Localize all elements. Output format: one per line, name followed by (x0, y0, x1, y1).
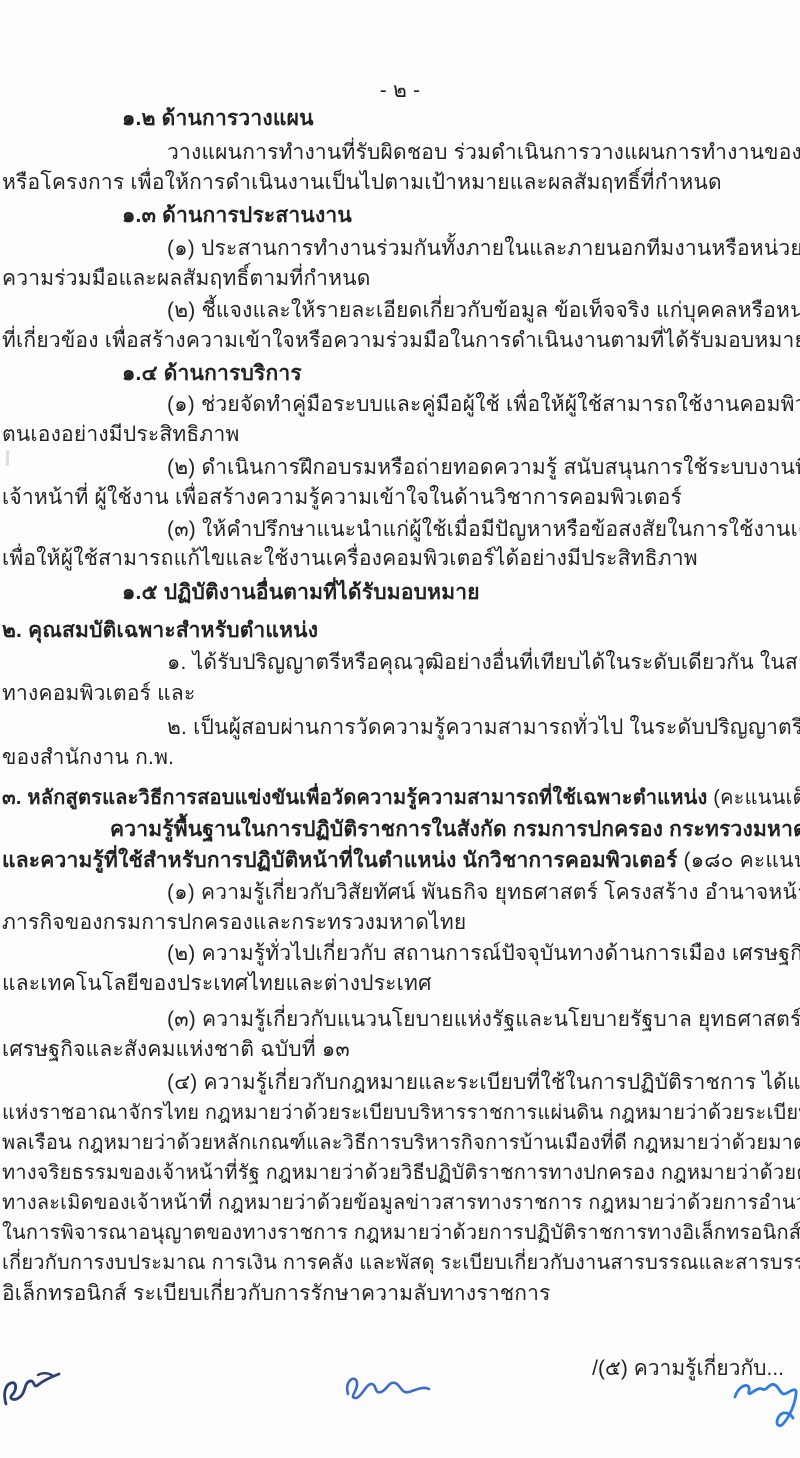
text-segment-bold: ความรู้พื้นฐานในการปฏิบัติราชการในสังกัด… (110, 818, 800, 841)
text-segment: (๓) ให้คำปรึกษาแนะนำแก่ผู้ใช้เมื่อมีปัญห… (167, 518, 800, 541)
text-segment: (๒) ความรู้ทั่วไปเกี่ยวกับ สถานการณ์ปัจจ… (167, 942, 800, 965)
text-segment: ๒. เป็นผู้สอบผ่านการวัดความรู้ความสามารถ… (167, 716, 800, 739)
text-segment: อิเล็กทรอนิกส์ ระเบียบเกี่ยวกับการรักษาค… (2, 1282, 551, 1305)
text-line: ความรู้พื้นฐานในการปฏิบัติราชการในสังกัด… (110, 817, 800, 843)
text-segment: ความร่วมมือและผลสัมฤทธิ์ตามที่กำหนด (2, 267, 371, 290)
text-segment: (คะแนนเต็ม ๒๐๐ คะแนน) (713, 787, 800, 809)
text-line: ของสำนักงาน ก.พ. (2, 745, 174, 771)
text-line: ความร่วมมือและผลสัมฤทธิ์ตามที่กำหนด (2, 266, 371, 292)
text-segment: (๑) ช่วยจัดทำคู่มือระบบและคู่มือผู้ใช้ เ… (167, 393, 800, 416)
text-segment-bold: ๓. หลักสูตรและวิธีการสอบแข่งขันเพื่อวัดค… (2, 787, 713, 809)
text-line: หรือโครงการ เพื่อให้การดำเนินงานเป็นไปตา… (2, 170, 722, 196)
text-segment: เศรษฐกิจและสังคมแห่งชาติ ฉบับที่ ๑๓ (2, 1038, 350, 1061)
text-segment: (๒) ชี้แจงและให้รายละเอียดเกี่ยวกับข้อมู… (167, 299, 800, 322)
text-line: (๔) ความรู้เกี่ยวกับกฎหมายและระเบียบที่ใ… (167, 1070, 800, 1096)
text-segment: หรือโครงการ เพื่อให้การดำเนินงานเป็นไปตา… (2, 171, 722, 194)
text-segment-bold: ๑.๔ ด้านการบริการ (122, 362, 302, 385)
text-segment: ที่เกี่ยวข้อง เพื่อสร้างความเข้าใจหรือคว… (2, 329, 800, 352)
text-segment: - ๒ - (380, 79, 421, 102)
text-line: ๒. คุณสมบัติเฉพาะสำหรับตำแหน่ง (2, 618, 318, 644)
text-line: เพื่อให้ผู้ใช้สามารถแก้ไขและใช้งานเครื่อ… (2, 546, 698, 572)
text-segment: ๑. ได้รับปริญญาตรีหรือคุณวุฒิอย่างอื่นที… (167, 651, 800, 674)
text-segment: แห่งราชอาณาจักรไทย กฎหมายว่าด้วยระเบียบบ… (2, 1102, 800, 1124)
text-line: เศรษฐกิจและสังคมแห่งชาติ ฉบับที่ ๑๓ (2, 1037, 350, 1063)
text-segment: (๑) ประสานการทำงานร่วมกันทั้งภายในและภาย… (167, 237, 800, 260)
text-segment: ทางคอมพิวเตอร์ และ (2, 682, 195, 705)
signature-center-ink (340, 1370, 432, 1404)
text-line: (๓) ความรู้เกี่ยวกับแนวนโยบายแห่งรัฐและน… (167, 1007, 800, 1033)
scanned-document-page: - ๒ -๑.๒ ด้านการวางแผนวางแผนการทำงานที่ร… (0, 0, 800, 1458)
text-segment: วางแผนการทำงานที่รับผิดชอบ ร่วมดำเนินการ… (167, 141, 800, 164)
text-line: พลเรือน กฎหมายว่าด้วยหลักเกณฑ์และวิธีการ… (2, 1131, 800, 1156)
text-line: (๒) ชี้แจงและให้รายละเอียดเกี่ยวกับข้อมู… (167, 298, 800, 324)
text-line: ๓. หลักสูตรและวิธีการสอบแข่งขันเพื่อวัดค… (2, 786, 800, 811)
text-segment-bold: ๑.๕ ปฏิบัติงานอื่นตามที่ได้รับมอบหมาย (122, 581, 480, 604)
text-segment-bold: ๒. คุณสมบัติเฉพาะสำหรับตำแหน่ง (2, 619, 318, 642)
signature-right-ink (730, 1374, 800, 1434)
text-line: ภารกิจของกรมการปกครองและกระทรวงมหาดไทย (2, 910, 466, 936)
text-line: - ๒ - (0, 78, 800, 104)
text-line: ตนเองอย่างมีประสิทธิภาพ (2, 422, 240, 448)
text-line: ทางละเมิดของเจ้าหน้าที่ กฎหมายว่าด้วยข้อ… (2, 1191, 800, 1216)
text-segment: ภารกิจของกรมการปกครองและกระทรวงมหาดไทย (2, 911, 466, 934)
text-segment-bold: ๑.๒ ด้านการวางแผน (122, 107, 314, 130)
text-segment: (๑๘๐ คะแนน) (684, 849, 800, 872)
text-segment-bold: ๑.๓ ด้านการประสานงาน (122, 204, 352, 227)
text-segment: และเทคโนโลยีของประเทศไทยและต่างประเทศ (2, 972, 432, 995)
text-segment: เกี่ยวกับการงบประมาณ การเงิน การคลัง และ… (2, 1252, 800, 1274)
text-line: ทางคอมพิวเตอร์ และ (2, 681, 195, 707)
text-line: ๑.๔ ด้านการบริการ (122, 361, 302, 387)
text-line: ในการพิจารณาอนุญาตของทางราชการ กฎหมายว่า… (2, 1221, 800, 1246)
text-line: เกี่ยวกับการงบประมาณ การเงิน การคลัง และ… (2, 1251, 800, 1276)
text-line: ๑. ได้รับปริญญาตรีหรือคุณวุฒิอย่างอื่นที… (167, 650, 800, 676)
text-line: (๓) ให้คำปรึกษาแนะนำแก่ผู้ใช้เมื่อมีปัญห… (167, 517, 800, 543)
text-line: วางแผนการทำงานที่รับผิดชอบ ร่วมดำเนินการ… (167, 140, 800, 166)
text-segment: (๔) ความรู้เกี่ยวกับกฎหมายและระเบียบที่ใ… (167, 1071, 800, 1094)
scan-artifact (6, 450, 10, 466)
text-line: ที่เกี่ยวข้อง เพื่อสร้างความเข้าใจหรือคว… (2, 328, 800, 354)
text-line: (๑) ความรู้เกี่ยวกับวิสัยทัศน์ พันธกิจ ย… (167, 880, 800, 906)
text-line: และความรู้ที่ใช้สำหรับการปฏิบัติหน้าที่ใ… (2, 848, 800, 874)
text-segment: ทางละเมิดของเจ้าหน้าที่ กฎหมายว่าด้วยข้อ… (2, 1192, 800, 1214)
text-line: อิเล็กทรอนิกส์ ระเบียบเกี่ยวกับการรักษาค… (2, 1281, 551, 1307)
text-line: เจ้าหน้าที่ ผู้ใช้งาน เพื่อสร้างความรู้ค… (2, 485, 682, 511)
text-line: (๒) ความรู้ทั่วไปเกี่ยวกับ สถานการณ์ปัจจ… (167, 941, 800, 967)
text-line: และเทคโนโลยีของประเทศไทยและต่างประเทศ (2, 971, 432, 997)
text-segment: ทางจริยธรรมของเจ้าหน้าที่รัฐ กฎหมายว่าด้… (2, 1162, 800, 1184)
text-line: ๒. เป็นผู้สอบผ่านการวัดความรู้ความสามารถ… (167, 715, 800, 741)
text-line: ๑.๕ ปฏิบัติงานอื่นตามที่ได้รับมอบหมาย (122, 580, 480, 606)
signature-left-ink (2, 1368, 62, 1410)
text-segment: (๒) ดำเนินการฝึกอบรมหรือถ่ายทอดความรู้ ส… (167, 456, 800, 479)
text-segment: ตนเองอย่างมีประสิทธิภาพ (2, 423, 240, 446)
text-segment: ของสำนักงาน ก.พ. (2, 746, 174, 769)
text-line: ทางจริยธรรมของเจ้าหน้าที่รัฐ กฎหมายว่าด้… (2, 1161, 800, 1186)
text-segment-bold: และความรู้ที่ใช้สำหรับการปฏิบัติหน้าที่ใ… (2, 849, 684, 872)
text-segment: พลเรือน กฎหมายว่าด้วยหลักเกณฑ์และวิธีการ… (2, 1132, 800, 1154)
text-line: (๒) ดำเนินการฝึกอบรมหรือถ่ายทอดความรู้ ส… (167, 455, 800, 481)
text-line: แห่งราชอาณาจักรไทย กฎหมายว่าด้วยระเบียบบ… (2, 1101, 800, 1126)
text-segment: ในการพิจารณาอนุญาตของทางราชการ กฎหมายว่า… (2, 1222, 800, 1244)
text-line: (๑) ประสานการทำงานร่วมกันทั้งภายในและภาย… (167, 236, 800, 262)
text-line: (๑) ช่วยจัดทำคู่มือระบบและคู่มือผู้ใช้ เ… (167, 392, 800, 418)
text-line: ๑.๒ ด้านการวางแผน (122, 106, 314, 132)
text-segment: (๓) ความรู้เกี่ยวกับแนวนโยบายแห่งรัฐและน… (167, 1008, 800, 1031)
text-segment: (๑) ความรู้เกี่ยวกับวิสัยทัศน์ พันธกิจ ย… (167, 881, 800, 904)
text-segment: เพื่อให้ผู้ใช้สามารถแก้ไขและใช้งานเครื่อ… (2, 547, 698, 570)
text-segment: เจ้าหน้าที่ ผู้ใช้งาน เพื่อสร้างความรู้ค… (2, 486, 682, 509)
text-line: ๑.๓ ด้านการประสานงาน (122, 203, 352, 229)
